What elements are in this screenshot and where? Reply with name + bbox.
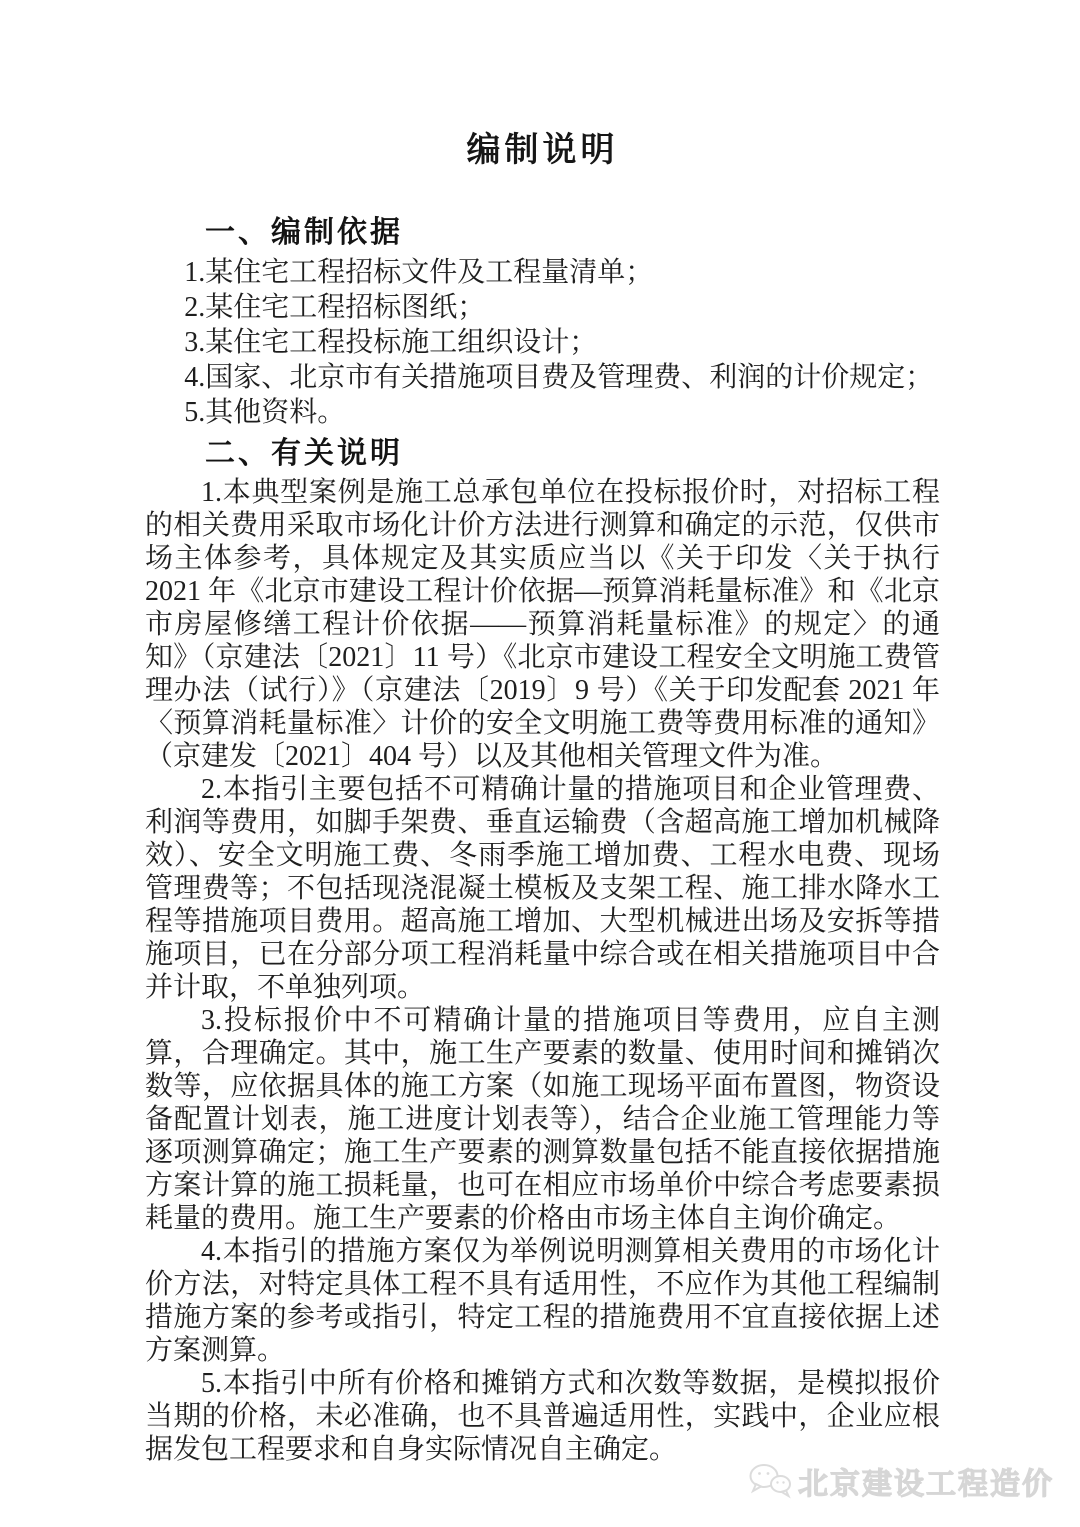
list-item: 1.某住宅工程招标文件及工程量清单； (145, 255, 940, 290)
basis-list: 1.某住宅工程招标文件及工程量清单； 2.某住宅工程招标图纸； 3.某住宅工程投… (145, 255, 940, 430)
section-heading-basis: 一、编制依据 (145, 213, 940, 253)
paragraph-3: 3.投标报价中不可精确计量的措施项目等费用，应自主测算，合理确定。其中，施工生产… (145, 1004, 940, 1235)
wechat-icon (748, 1462, 792, 1500)
list-item: 5.其他资料。 (145, 395, 940, 430)
paragraph-4: 4.本指引的措施方案仅为举例说明测算相关费用的市场化计价方法，对特定具体工程不具… (145, 1235, 940, 1367)
list-item: 2.某住宅工程招标图纸； (145, 290, 940, 325)
paragraph-2: 2.本指引主要包括不可精确计量的措施项目和企业管理费、利润等费用，如脚手架费、垂… (145, 773, 940, 1004)
paragraph-1: 1.本典型案例是施工总承包单位在投标报价时，对招标工程的相关费用采取市场化计价方… (145, 476, 940, 773)
watermark: 北京建设工程造价 (748, 1459, 1054, 1503)
watermark-label: 北京建设工程造价 (798, 1459, 1054, 1503)
page-title: 编制说明 (145, 122, 940, 171)
document-content: 编制说明 一、编制依据 1.某住宅工程招标文件及工程量清单； 2.某住宅工程招标… (145, 0, 940, 1466)
section-heading-notes: 二、有关说明 (145, 434, 940, 474)
list-item: 4.国家、北京市有关措施项目费及管理费、利润的计价规定； (145, 360, 940, 395)
paragraph-5: 5.本指引中所有价格和摊销方式和次数等数据，是模拟报价当期的价格，未必准确，也不… (145, 1367, 940, 1466)
list-item: 3.某住宅工程投标施工组织设计； (145, 325, 940, 360)
document-page: 编制说明 一、编制依据 1.某住宅工程招标文件及工程量清单； 2.某住宅工程招标… (0, 0, 1080, 1527)
